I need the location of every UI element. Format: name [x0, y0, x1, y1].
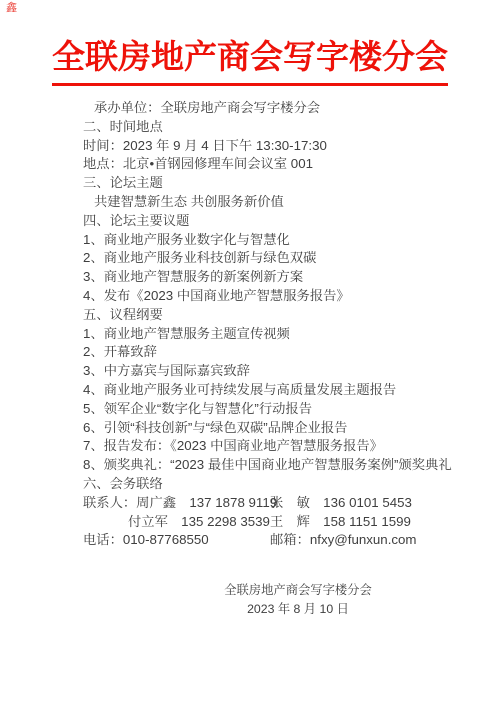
doc-line-section-time: 二、时间地点: [83, 118, 500, 137]
doc-line-agenda-4: 4、商业地产服务业可持续发展与高质量发展主题报告: [83, 381, 500, 400]
doc-line-agenda-8: 8、颁奖典礼：“2023 最佳中国商业地产智慧服务案例”颁奖典礼: [83, 456, 500, 475]
doc-line-time: 时间：2023 年 9 月 4 日下午 13:30-17:30: [83, 137, 500, 156]
contact-row-2: 付立军 135 2298 3539 王 辉 158 1151 1599: [83, 513, 500, 532]
doc-line-topic-3: 3、商业地产智慧服务的新案例新方案: [83, 268, 500, 287]
corner-stamp-icon: 鑫: [6, 3, 17, 14]
signature-block: 全联房地产商会写字楼分会 2023 年 8 月 10 日: [83, 581, 500, 619]
document-page: 鑫 全联房地产商会写字楼分会 承办单位：全联房地产商会写字楼分会 二、时间地点 …: [0, 0, 500, 709]
document-body: 承办单位：全联房地产商会写字楼分会 二、时间地点 时间：2023 年 9 月 4…: [83, 99, 500, 619]
doc-line-agenda-3: 3、中方嘉宾与国际嘉宾致辞: [83, 362, 500, 381]
contact-person-2: 张 敏 136 0101 5453: [270, 494, 412, 513]
doc-line-section-contact: 六、会务联络: [83, 475, 500, 494]
contact-person-1: 联系人：周广鑫 137 1878 9119: [83, 494, 270, 513]
contact-person-3: 付立军 135 2298 3539: [83, 513, 270, 532]
signature-date: 2023 年 8 月 10 日: [96, 600, 500, 619]
doc-line-topic-4: 4、发布《2023 中国商业地产智慧服务报告》: [83, 287, 500, 306]
doc-line-section-topics: 四、论坛主要议题: [83, 212, 500, 231]
contact-person-4: 王 辉 158 1151 1599: [270, 513, 411, 532]
doc-line-agenda-2: 2、开幕致辞: [83, 343, 500, 362]
doc-line-topic-1: 1、商业地产服务业数字化与智慧化: [83, 231, 500, 250]
doc-line-agenda-6: 6、引领“科技创新”与“绿色双碳”品牌企业报告: [83, 419, 500, 438]
doc-line-section-theme: 三、论坛主题: [83, 174, 500, 193]
doc-line-topic-2: 2、商业地产服务业科技创新与绿色双碳: [83, 249, 500, 268]
doc-line-agenda-7: 7、报告发布：《2023 中国商业地产智慧服务报告》: [83, 437, 500, 456]
title-underline: [52, 83, 448, 86]
contact-email-line: 邮箱：nfxy@funxun.com: [270, 531, 417, 550]
doc-line-location: 地点：北京•首钢园修理车间会议室 001: [83, 155, 500, 174]
doc-line-agenda-5: 5、领军企业“数字化与智慧化”行动报告: [83, 400, 500, 419]
doc-line-agenda-1: 1、商业地产智慧服务主题宣传视频: [83, 325, 500, 344]
contact-phone-line: 电话：010-87768550: [83, 531, 270, 550]
contact-row-3: 电话：010-87768550 邮箱：nfxy@funxun.com: [83, 531, 500, 550]
contact-row-1: 联系人：周广鑫 137 1878 9119 张 敏 136 0101 5453: [83, 494, 500, 513]
doc-line-section-agenda: 五、议程纲要: [83, 306, 500, 325]
organizer-line: 承办单位：全联房地产商会写字楼分会: [83, 99, 500, 118]
doc-line-theme: 共建智慧新生态 共创服务新价值: [83, 193, 500, 212]
signature-org: 全联房地产商会写字楼分会: [96, 581, 500, 600]
page-title: 全联房地产商会写字楼分会: [0, 0, 500, 80]
